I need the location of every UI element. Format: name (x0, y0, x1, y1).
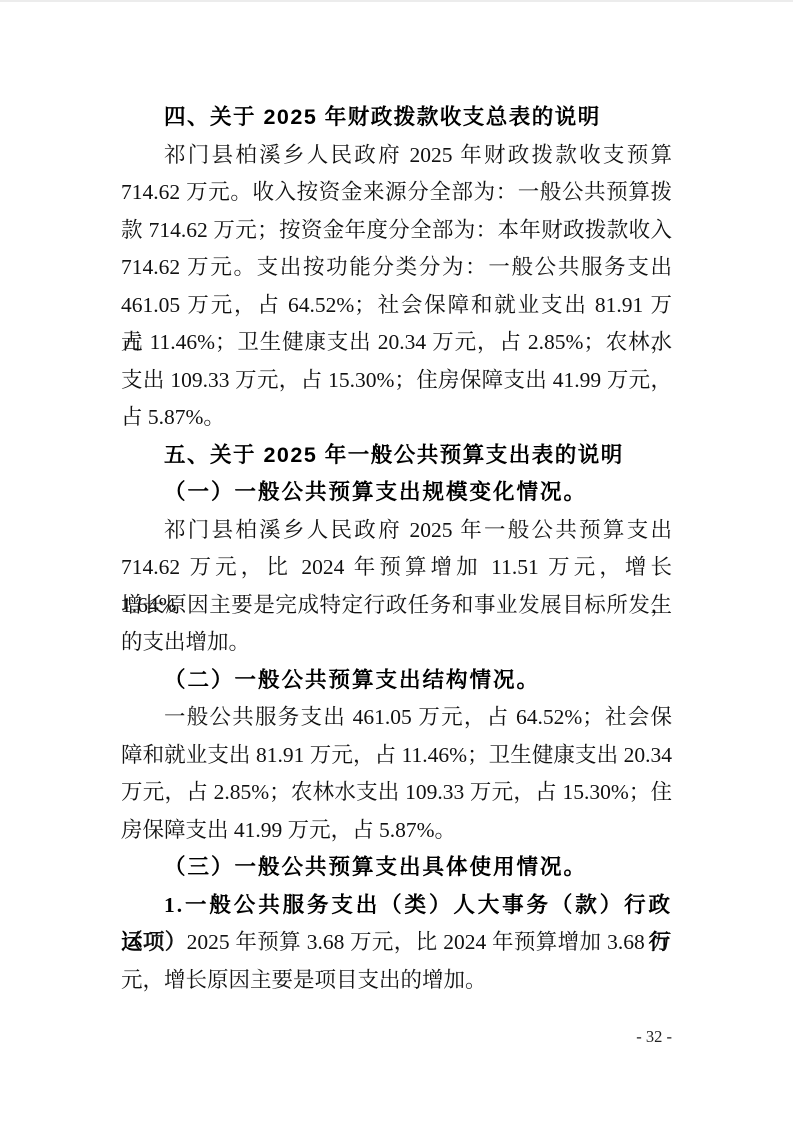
paragraph-line: 障和就业支出 81.91 万元，占 11.46%；卫生健康支出 20.34 (121, 737, 672, 775)
page-top-edge (0, 0, 793, 2)
paragraph-line: 房保障支出 41.99 万元，占 5.87%。 (121, 812, 672, 850)
section-heading-4: 四、关于 2025 年财政拨款收支总表的说明 (121, 99, 672, 137)
paragraph-line: 元，增长原因主要是项目支出的增加。 (121, 962, 672, 1000)
paragraph-line: 714.62 万元，比 2024 年预算增加 11.51 万元，增长 1.64%… (121, 549, 672, 587)
paragraph-line: 祁门县柏溪乡人民政府 2025 年一般公共预算支出 (121, 512, 672, 550)
section-heading-5: 五、关于 2025 年一般公共预算支出表的说明 (121, 437, 672, 475)
paragraph-line: 占 11.46%；卫生健康支出 20.34 万元，占 2.85%；农林水 (121, 324, 672, 362)
paragraph-line: 一般公共服务支出 461.05 万元，占 64.52%；社会保 (121, 699, 672, 737)
paragraph-line: 万元，占 2.85%；农林水支出 109.33 万元，占 15.30%；住 (121, 774, 672, 812)
item-1-bold-run: （项） (121, 930, 187, 954)
paragraph-line: 占 5.87%。 (121, 399, 672, 437)
paragraph-line: 461.05 万元，占 64.52%；社会保障和就业支出 81.91 万元， (121, 287, 672, 325)
paragraph-line: 支出 109.33 万元，占 15.30%；住房保障支出 41.99 万元， (121, 362, 672, 400)
item-1-regular-run: 2025 年预算 3.68 万元，比 2024 年预算增加 3.68 万 (187, 930, 672, 954)
subsection-heading-2: （二）一般公共预算支出结构情况。 (121, 662, 672, 700)
paragraph-line: （项）2025 年预算 3.68 万元，比 2024 年预算增加 3.68 万 (121, 924, 672, 962)
page-number: - 32 - (636, 1026, 672, 1048)
paragraph-line: 的支出增加。 (121, 624, 672, 662)
document-page: 四、关于 2025 年财政拨款收支总表的说明 祁门县柏溪乡人民政府 2025 年… (0, 0, 793, 1122)
subsection-heading-1: （一）一般公共预算支出规模变化情况。 (121, 474, 672, 512)
paragraph-line: 款 714.62 万元；按资金年度分全部为：本年财政拨款收入 (121, 212, 672, 250)
paragraph-line: 714.62 万元。支出按功能分类分为：一般公共服务支出 (121, 249, 672, 287)
subsection-heading-3: （三）一般公共预算支出具体使用情况。 (121, 849, 672, 887)
item-1-title-line: 1.一般公共服务支出（类）人大事务（款）行政运行 (121, 887, 672, 925)
document-body: 四、关于 2025 年财政拨款收支总表的说明 祁门县柏溪乡人民政府 2025 年… (121, 99, 672, 999)
paragraph-line: 祁门县柏溪乡人民政府 2025 年财政拨款收支预算 (121, 137, 672, 175)
paragraph-line: 714.62 万元。收入按资金来源分全部为：一般公共预算拨 (121, 174, 672, 212)
paragraph-line: 增长原因主要是完成特定行政任务和事业发展目标所发生 (121, 587, 672, 625)
